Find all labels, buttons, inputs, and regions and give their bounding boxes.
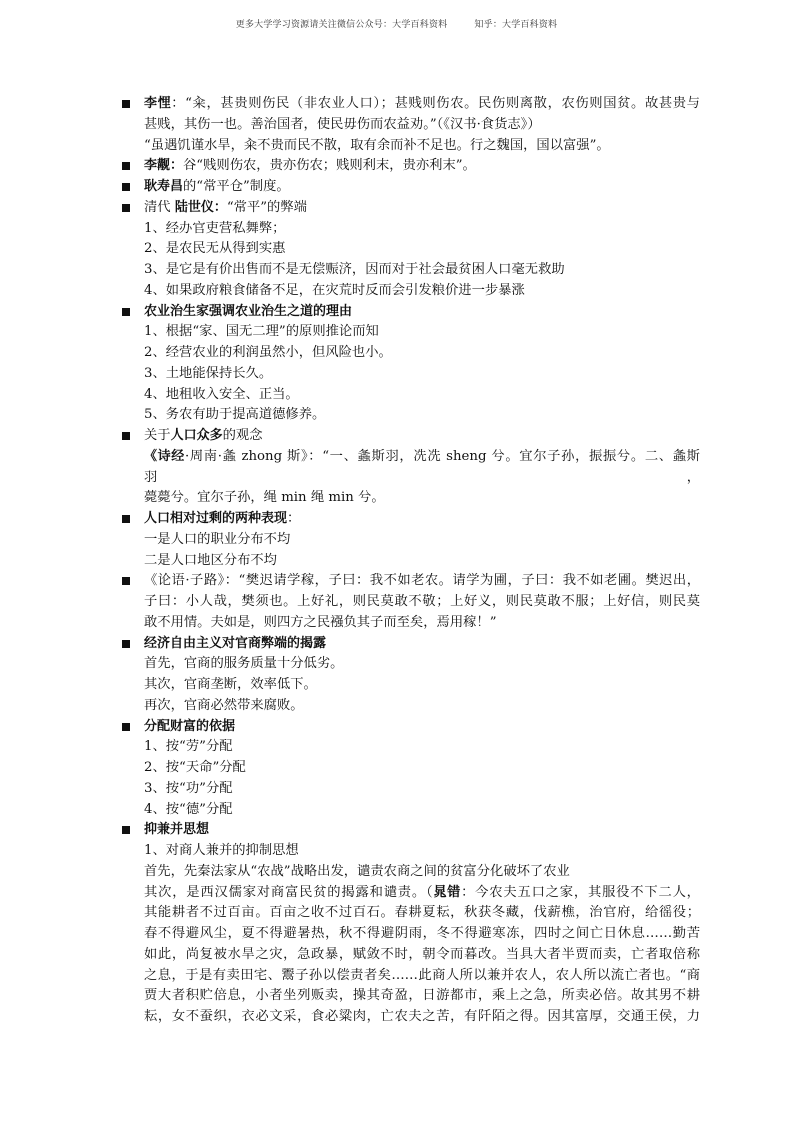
- text-line: 3、按“功”分配: [144, 779, 700, 800]
- line-text: ：: [287, 511, 300, 526]
- line-text: 耘，女不蚕织，衣必文采，食必粱肉，亡农夫之苦，有阡陌之得。因其富厚，交通王侯，力: [144, 1009, 700, 1024]
- text-line: 李觏：谷“贱则伤农，贵亦伤农；贱则利末，贵亦利末”。: [144, 156, 700, 177]
- bold-term: 人口相对过剩的两种表现: [144, 511, 287, 526]
- text-line: 之息，于是有卖田宅、鬻子孙以偿责者矣……此商人所以兼并农人，农人所以流亡者也。“…: [144, 966, 700, 987]
- section-guosheng: 人口相对过剩的两种表现： 一是人口的职业分布不均 二是人口地区分布不均: [144, 509, 700, 571]
- line-text: 2、按“天命”分配: [144, 760, 246, 775]
- line-text: 1、对商人兼并的抑制思想: [144, 843, 299, 858]
- text-line: 3、土地能保持长久。: [144, 364, 700, 385]
- section-lunyu: 《论语·子路》：“樊迟请学稼，子曰：我不如老农。请学为圃，子曰：我不如老圃。樊迟…: [144, 571, 700, 633]
- bold-term: 农业治生家强调农业治生之道的理由: [144, 304, 352, 319]
- text-line: 其能耕者不过百亩。百亩之收不过百石。春耕夏耘，秋获冬藏，伐薪樵，治官府，给徭役；: [144, 903, 700, 924]
- line-text: 2、是农民无从得到实惠: [144, 241, 285, 256]
- line-text: 4、按“德”分配: [144, 802, 233, 817]
- line-text: 首先，先秦法家从“农战”战略出发，谴责农商之间的贫富分化破坏了农业: [144, 864, 570, 879]
- text-line: 再次，官商必然带来腐败。: [144, 696, 700, 717]
- line-text: 敢不用情。夫如是，则四方之民襁负其子而至矣，焉用稼！”: [144, 615, 497, 630]
- section-likui: 李悝：“籴，甚贵则伤民（非农业人口）；甚贱则伤农。民伤则离散，农伤则国贫。故甚贵…: [144, 94, 700, 156]
- bold-term: 陆世仪：: [175, 200, 227, 215]
- section-renkou: 关于人口众多的观念 《诗经·周南·螽 zhong 斯》：“一、螽斯羽，冼冼 sh…: [144, 426, 700, 509]
- text-line: 敢不用情。夫如是，则四方之民襁负其子而至矣，焉用稼！”: [144, 613, 700, 634]
- text-line: 首先，先秦法家从“农战”战略出发，谴责农商之间的贫富分化破坏了农业: [144, 862, 700, 883]
- page-header: 更多大学学习资源请关注微信公众号：大学百科资料 知乎：大学百科资料: [0, 17, 793, 30]
- line-text: 1、按“劳”分配: [144, 739, 233, 754]
- bold-term: 经济自由主义对官商弊端的揭露: [144, 636, 326, 651]
- text-line: 甚贱，其伤一也。善治国者，使民毋伤而农益劝。”（《汉书·食货志》）: [144, 115, 700, 136]
- section-heading: 抑兼并思想: [144, 820, 700, 841]
- line-text: 3、是它是有价出售而不是无偿赈济，因而对于社会最贫困人口毫无救助: [144, 262, 565, 277]
- section-heading: 农业治生家强调农业治生之道的理由: [144, 302, 700, 323]
- text-line: 二是人口地区分布不均: [144, 551, 700, 572]
- line-text: 谷“贱则伤农，贵亦伤农；贱则利末，贵亦利末”。: [183, 158, 476, 173]
- text-line: 2、按“天命”分配: [144, 758, 700, 779]
- line-text: 2、经营农业的利润虽然小，但风险也小。: [144, 345, 392, 360]
- text-line: 4、按“德”分配: [144, 800, 700, 821]
- text-line: 其次，官商垄断，效率低下。: [144, 675, 700, 696]
- line-text: ：“籴，甚贵则伤民（非农业人口）；甚贱则伤农。民伤则离散，农伤则国贫。故甚贵与: [171, 96, 700, 111]
- line-text: 首先，官商的服务质量十分低劣。: [144, 656, 343, 671]
- text-line: 薨薨兮。宜尔子孙，绳 min 绳 min 兮。: [144, 488, 700, 509]
- text-line: 清代 陆世仪：“常平”的弊端: [144, 198, 700, 219]
- text-line: 5、务农有助于提高道德修养。: [144, 405, 700, 426]
- text-line: 贾大者积贮倍息，小者坐列贩卖，操其奇盈，日游都市，乘上之急，所卖必倍。故其男不耕: [144, 986, 700, 1007]
- section-jingjiziyou: 经济自由主义对官商弊端的揭露 首先，官商的服务质量十分低劣。 其次，官商垄断，效…: [144, 634, 700, 717]
- line-prefix: 关于: [144, 428, 171, 443]
- text-line: 1、对商人兼并的抑制思想: [144, 841, 700, 862]
- line-text: 1、经办官吏营私舞弊；: [144, 221, 285, 236]
- line-prefix: 清代: [144, 200, 175, 215]
- bold-term: 人口众多: [171, 428, 223, 443]
- text-line: 耘，女不蚕织，衣必文采，食必粱肉，亡农夫之苦，有阡陌之得。因其富厚，交通王侯，力: [144, 1007, 700, 1028]
- text-line: 4、地租收入安全、正当。: [144, 385, 700, 406]
- bold-term: 耿寿昌: [144, 179, 183, 194]
- header-wechat-note: 更多大学学习资源请关注微信公众号：大学百科资料: [236, 20, 448, 30]
- line-text: 再次，官商必然带来腐败。: [144, 698, 304, 713]
- line-text: “虽遇饥谨水旱，籴不贵而民不散，取有余而补不足也。行之魏国，国以富强”。: [144, 138, 610, 153]
- text-line: 关于人口众多的观念: [144, 426, 700, 447]
- section-heading: 经济自由主义对官商弊端的揭露: [144, 634, 700, 655]
- line-text: 的“常平仓”制度。: [183, 179, 290, 194]
- section-lushiyi: 清代 陆世仪：“常平”的弊端 1、经办官吏营私舞弊； 2、是农民无从得到实惠 3…: [144, 198, 700, 302]
- section-fenpei: 分配财富的依据 1、按“劳”分配 2、按“天命”分配 3、按“功”分配 4、按“…: [144, 717, 700, 821]
- text-line: 子曰：小人哉，樊须也。上好礼，则民莫敢不敬；上好义，则民莫敢不服；上好信，则民莫: [144, 592, 700, 613]
- bold-term: 《诗经: [144, 449, 185, 464]
- line-text: 二是人口地区分布不均: [144, 553, 277, 568]
- line-text: 如此，尚复被水旱之灾，急政暴，赋敛不时，朝令而暮改。当具大者半贾而卖，亡者取倍称: [144, 947, 700, 962]
- bold-term: 晁错: [433, 885, 461, 900]
- text-line: 其次，是西汉儒家对商富民贫的揭露和谴责。（晁错：今农夫五口之家，其服役不下二人，: [144, 883, 700, 904]
- text-line: 一是人口的职业分布不均: [144, 530, 700, 551]
- bold-term: 李悝: [144, 96, 171, 111]
- text-line: 李悝：“籴，甚贵则伤民（非农业人口）；甚贱则伤农。民伤则离散，农伤则国贫。故甚贵…: [144, 94, 700, 115]
- line-text: 春不得避风尘，夏不得避暑热，秋不得避阴雨，冬不得避寒冻，四时之间亡日休息……勤苦: [144, 926, 700, 941]
- line-text: 薨薨兮。宜尔子孙，绳 min 绳 min 兮。: [144, 490, 385, 505]
- text-line: 3、是它是有价出售而不是无偿赈济，因而对于社会最贫困人口毫无救助: [144, 260, 700, 281]
- line-prefix: 其次，是西汉儒家对商富民贫的揭露和谴责。（: [144, 885, 433, 900]
- line-text: 子曰：小人哉，樊须也。上好礼，则民莫敢不敬；上好义，则民莫敢不服；上好信，则民莫: [144, 594, 700, 609]
- text-line: 2、是农民无从得到实惠: [144, 239, 700, 260]
- document-body: 李悝：“籴，甚贵则伤民（非农业人口）；甚贱则伤农。民伤则离散，农伤则国贫。故甚贵…: [144, 94, 700, 1028]
- text-line: 1、经办官吏营私舞弊；: [144, 219, 700, 240]
- line-text: 一是人口的职业分布不均: [144, 532, 290, 547]
- text-line: 《论语·子路》：“樊迟请学稼，子曰：我不如老农。请学为圃，子曰：我不如老圃。樊迟…: [144, 571, 700, 592]
- line-text: ·周南·螽 zhong 斯》：“一、螽斯羽，冼冼 sheng 兮。宜尔子孙，振振…: [144, 449, 700, 485]
- line-text: 甚贱，其伤一也。善治国者，使民毋伤而农益劝。”（《汉书·食货志》）: [144, 117, 541, 132]
- line-text: ：今农夫五口之家，其服役不下二人，: [461, 885, 700, 900]
- text-line: 人口相对过剩的两种表现：: [144, 509, 700, 530]
- line-text: 3、按“功”分配: [144, 781, 233, 796]
- section-heading: 分配财富的依据: [144, 717, 700, 738]
- line-text: 1、根据“家、国无二理”的原则推论而知: [144, 324, 379, 339]
- header-zhihu-note: 知乎：大学百科资料: [474, 20, 557, 30]
- line-text: 3、土地能保持长久。: [144, 366, 272, 381]
- line-text: 5、务农有助于提高道德修养。: [144, 407, 325, 422]
- line-text: 之息，于是有卖田宅、鬻子孙以偿责者矣……此商人所以兼并农人，农人所以流亡者也。“…: [144, 968, 700, 983]
- text-line: 4、如果政府粮食储备不足，在灾荒时反而会引发粮价进一步暴涨: [144, 281, 700, 302]
- line-text: “常平”的弊端: [227, 200, 307, 215]
- bold-term: 抑兼并思想: [144, 822, 209, 837]
- section-liguan: 李觏：谷“贱则伤农，贵亦伤农；贱则利末，贵亦利末”。: [144, 156, 700, 177]
- line-text: 贾大者积贮倍息，小者坐列贩卖，操其奇盈，日游都市，乘上之急，所卖必倍。故其男不耕: [144, 988, 700, 1003]
- section-yijianbing: 抑兼并思想 1、对商人兼并的抑制思想 首先，先秦法家从“农战”战略出发，谴责农商…: [144, 820, 700, 1028]
- line-text: 4、如果政府粮食储备不足，在灾荒时反而会引发粮价进一步暴涨: [144, 283, 525, 298]
- text-line: 2、经营农业的利润虽然小，但风险也小。: [144, 343, 700, 364]
- text-line: 首先，官商的服务质量十分低劣。: [144, 654, 700, 675]
- text-line: “虽遇饥谨水旱，籴不贵而民不散，取有余而补不足也。行之魏国，国以富强”。: [144, 136, 700, 157]
- text-line: 如此，尚复被水旱之灾，急政暴，赋敛不时，朝令而暮改。当具大者半贾而卖，亡者取倍称: [144, 945, 700, 966]
- text-line: 《诗经·周南·螽 zhong 斯》：“一、螽斯羽，冼冼 sheng 兮。宜尔子孙…: [144, 447, 700, 489]
- line-text: 的观念: [223, 428, 263, 443]
- line-text: 4、地租收入安全、正当。: [144, 387, 299, 402]
- text-line: 1、根据“家、国无二理”的原则推论而知: [144, 322, 700, 343]
- text-line: 耿寿昌的“常平仓”制度。: [144, 177, 700, 198]
- text-line: 1、按“劳”分配: [144, 737, 700, 758]
- line-text: 其能耕者不过百亩。百亩之收不过百石。春耕夏耘，秋获冬藏，伐薪樵，治官府，给徭役；: [144, 905, 700, 920]
- bold-term: 分配财富的依据: [144, 719, 235, 734]
- line-text: 其次，官商垄断，效率低下。: [144, 677, 317, 692]
- bold-term: 李觏：: [144, 158, 183, 173]
- section-nongye: 农业治生家强调农业治生之道的理由 1、根据“家、国无二理”的原则推论而知 2、经…: [144, 302, 700, 427]
- text-line: 春不得避风尘，夏不得避暑热，秋不得避阴雨，冬不得避寒冻，四时之间亡日休息……勤苦: [144, 924, 700, 945]
- section-gengshouchang: 耿寿昌的“常平仓”制度。: [144, 177, 700, 198]
- line-text: 《论语·子路》：“樊迟请学稼，子曰：我不如老农。请学为圃，子曰：我不如老圃。樊迟…: [144, 573, 700, 588]
